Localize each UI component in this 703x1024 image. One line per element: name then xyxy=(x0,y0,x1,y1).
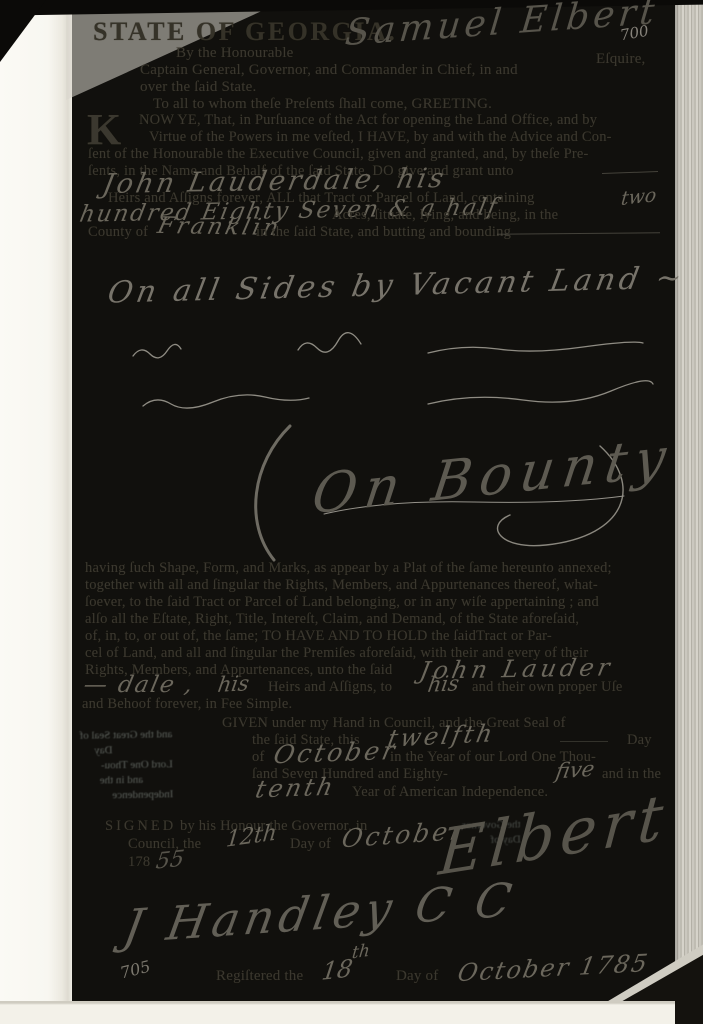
habendum-line-2: together with all and ſingular the Right… xyxy=(85,577,598,594)
dropcap-k: K xyxy=(87,113,121,147)
bleed-through-text: and the Great Seal of Day Lord One Thou-… xyxy=(79,727,173,804)
flourish-lines xyxy=(95,322,665,432)
signed-day-label: Day of xyxy=(290,836,331,853)
fill-rule xyxy=(560,741,608,742)
greeting-line: To all to whom theſe Preſents ſhall come… xyxy=(153,96,492,113)
bounty-annotation: On Bounty xyxy=(228,418,668,568)
over-state-line: over the ſaid State. xyxy=(140,79,256,96)
registered-day-suffix: th xyxy=(351,941,371,964)
his-handwritten-1: his xyxy=(216,671,251,697)
registered-day-label: Day of xyxy=(396,968,438,985)
given-day-label: Day xyxy=(627,732,652,749)
habendum-line-5: of, in, to, or out of, the ſame; TO HAVE… xyxy=(85,628,552,645)
given-day-handwritten: twelfth xyxy=(385,719,497,753)
given-line-3-pre: of xyxy=(252,749,264,766)
acres-handwritten-start: two xyxy=(620,184,658,210)
signed-word: SIGNED xyxy=(105,818,176,834)
esquire-label: Eſquire, xyxy=(596,51,646,68)
document-photo: and the Great Seal of Day Lord One Thou-… xyxy=(0,0,703,1024)
grantee-name-3-handwritten: — dale , xyxy=(81,672,197,698)
acres-line: Acres, ſituate, lying, and being, in the xyxy=(332,207,558,224)
grant-line-1: NOW YE, That, in Purſuance of the Act fo… xyxy=(139,112,597,129)
grant-line-2: Virtue of the Powers in me veſted, I HAV… xyxy=(149,129,612,146)
behoof-line: and Behoof forever, in Fee Simple. xyxy=(82,696,292,713)
signed-year-printed: 178 xyxy=(128,854,150,871)
book-page-edges xyxy=(675,0,703,1024)
registered-day-handwritten: 18 xyxy=(320,954,354,986)
habendum-line-1: having ſuch Shape, Form, and Marks, as a… xyxy=(85,560,612,577)
left-page-margin xyxy=(0,0,72,1024)
given-line-5: Year of American Independence. xyxy=(352,784,548,801)
given-line-4-post: and in the xyxy=(602,766,661,783)
page-bottom-fold xyxy=(0,1001,675,1024)
signed-year-handwritten: 55 xyxy=(154,846,185,874)
county-label: County of xyxy=(88,224,148,241)
his-handwritten-2: his xyxy=(426,671,461,697)
habendum-line-4: alſo all the Eſtate, Right, Title, Inter… xyxy=(85,611,579,628)
given-year-handwritten: five xyxy=(554,756,597,783)
heirs-assigns-text: Heirs and Aſſigns, to xyxy=(268,679,392,696)
honourable-line: By the Honourable xyxy=(176,45,294,62)
bounding-line: in the ſaid State, and butting and bound… xyxy=(256,224,511,241)
commander-line: Captain General, Governor, and Commander… xyxy=(140,62,518,79)
proper-use-text: and their own proper Uſe xyxy=(472,679,623,696)
registered-label: Regiſtered the xyxy=(216,968,303,985)
grant-line-3: ſent of the Honourable the Executive Cou… xyxy=(88,146,589,163)
given-month-handwritten: October xyxy=(271,736,400,770)
habendum-line-3: ſoever, to the ſaid Tract or Parcel of L… xyxy=(85,594,599,611)
independence-year-handwritten: tenth xyxy=(253,773,338,804)
